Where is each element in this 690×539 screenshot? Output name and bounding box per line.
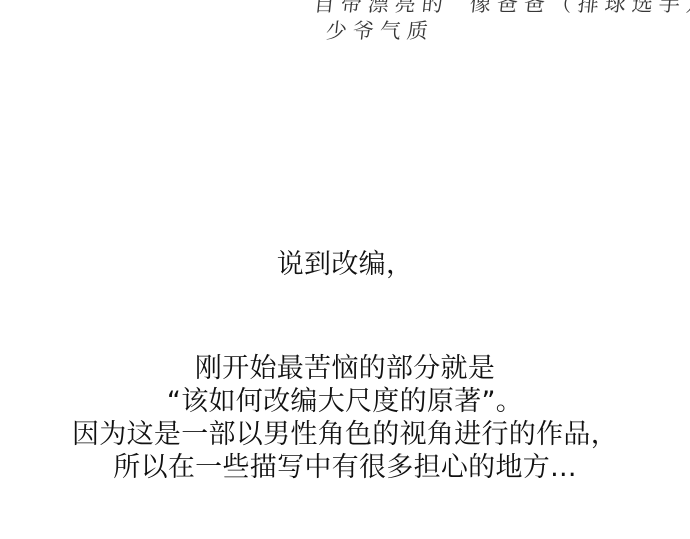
caption-block-1: 说到改编， [0,248,690,281]
caption-line: 刚开始最苦恼的部分就是 [0,352,690,385]
caption-line: 说到改编， [0,248,690,281]
caption-line: 因为这是一部以男性角色的视角进行的作品， [0,418,690,451]
caption-line: 所以在一些描写中有很多担心的地方... [0,451,690,484]
handwritten-note-right-line-1: 像爸爸（排球选手） [468,0,690,18]
handwritten-note-left-line-2: 少爷气质 [324,15,435,45]
caption-line: “该如何改编大尺度的原著”。 [0,385,690,418]
caption-block-2: 刚开始最苦恼的部分就是 “该如何改编大尺度的原著”。 因为这是一部以男性角色的视… [0,352,690,484]
